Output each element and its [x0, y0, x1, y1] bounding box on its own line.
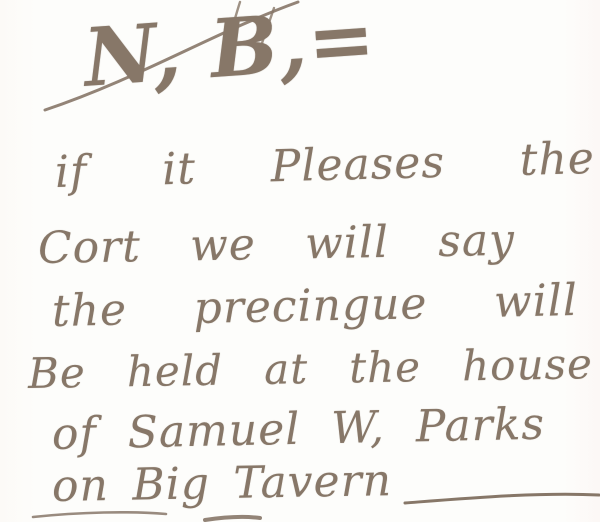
heading-nota-bene: N, B,=	[81, 0, 378, 100]
manuscript-page: N, B,= if it Pleases the Cort we will sa…	[0, 0, 600, 522]
trailing-dash	[405, 494, 599, 503]
handwritten-line-4: Be held at the house	[28, 342, 594, 396]
handwritten-line-6: on Big Tavern	[52, 458, 393, 510]
bottom-left-underline	[33, 512, 166, 517]
handwritten-line-3: the precingue will	[52, 278, 579, 335]
handwritten-line-1: if it Pleases the	[54, 136, 595, 196]
bottom-center-underline	[205, 517, 260, 520]
handwritten-line-5: of Samuel W, Parks	[52, 402, 546, 459]
handwritten-line-2: Cort we will say	[38, 218, 516, 273]
